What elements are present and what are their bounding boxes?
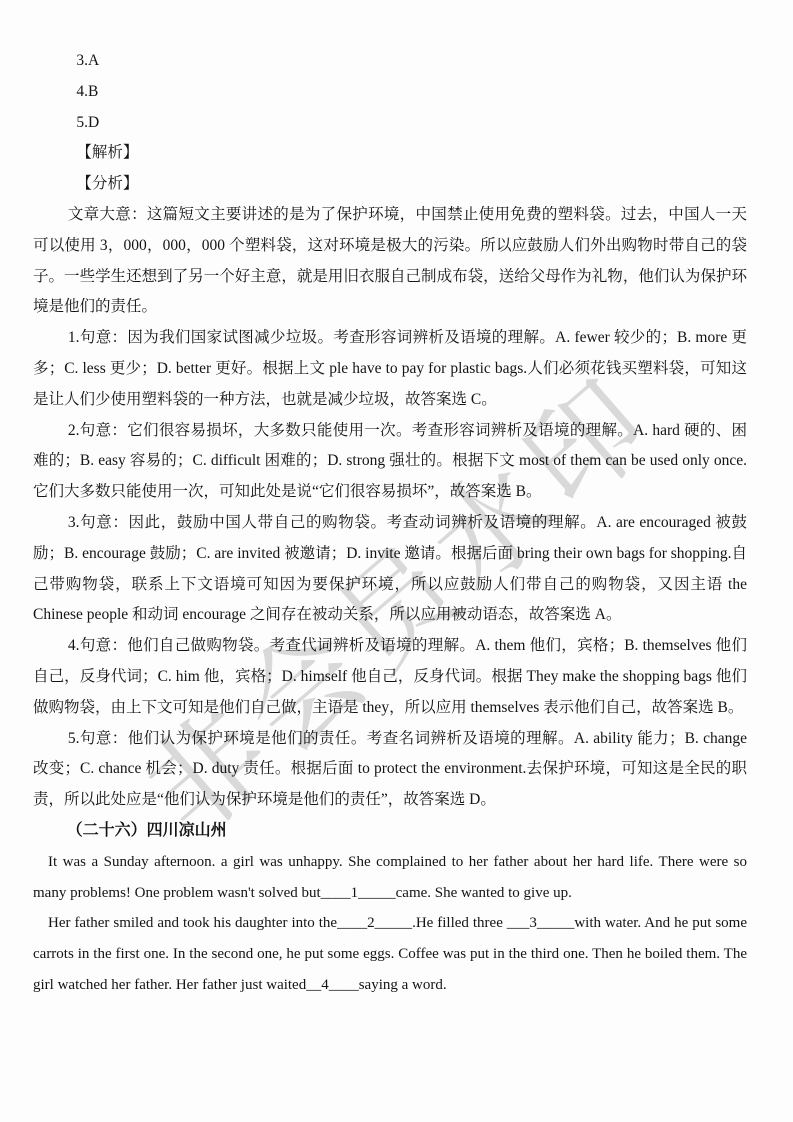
explanation-paragraph-3: 3.句意：因此，鼓励中国人带自己的购物袋。考查动词辨析及语境的理解。A. are… <box>33 508 747 631</box>
explanation-paragraph-2: 2.句意：它们很容易损坏，大多数只能使用一次。考查形容词辨析及语境的理解。A. … <box>33 416 747 508</box>
answer-line-3: 3.A <box>33 46 747 77</box>
label-fenxi: 【分析】 <box>33 169 747 200</box>
passage-summary-paragraph: 文章大意：这篇短文主要讲述的是为了保护环境，中国禁止使用免费的塑料袋。过去，中国… <box>33 200 747 323</box>
section-title: （二十六）四川凉山州 <box>33 816 747 847</box>
document-content: 3.A 4.B 5.D 【解析】 【分析】 文章大意：这篇短文主要讲述的是为了保… <box>33 0 747 1001</box>
answer-line-4: 4.B <box>33 77 747 108</box>
explanation-paragraph-4: 4.句意：他们自己做购物袋。考查代词辨析及语境的理解。A. them 他们，宾格… <box>33 631 747 723</box>
cloze-paragraph-2: Her father smiled and took his daughter … <box>33 908 747 1000</box>
explanation-paragraph-1: 1.句意：因为我们国家试图减少垃圾。考查形容词辨析及语境的理解。A. fewer… <box>33 323 747 415</box>
cloze-paragraph-1: It was a Sunday afternoon. a girl was un… <box>33 847 747 909</box>
explanation-paragraph-5: 5.句意：他们认为保护环境是他们的责任。考查名词辨析及语境的理解。A. abil… <box>33 724 747 816</box>
answer-line-5: 5.D <box>33 108 747 139</box>
label-jiexi: 【解析】 <box>33 138 747 169</box>
document-page: 非会员水印 3.A 4.B 5.D 【解析】 【分析】 文章大意：这篇短文主要讲… <box>0 0 793 1122</box>
